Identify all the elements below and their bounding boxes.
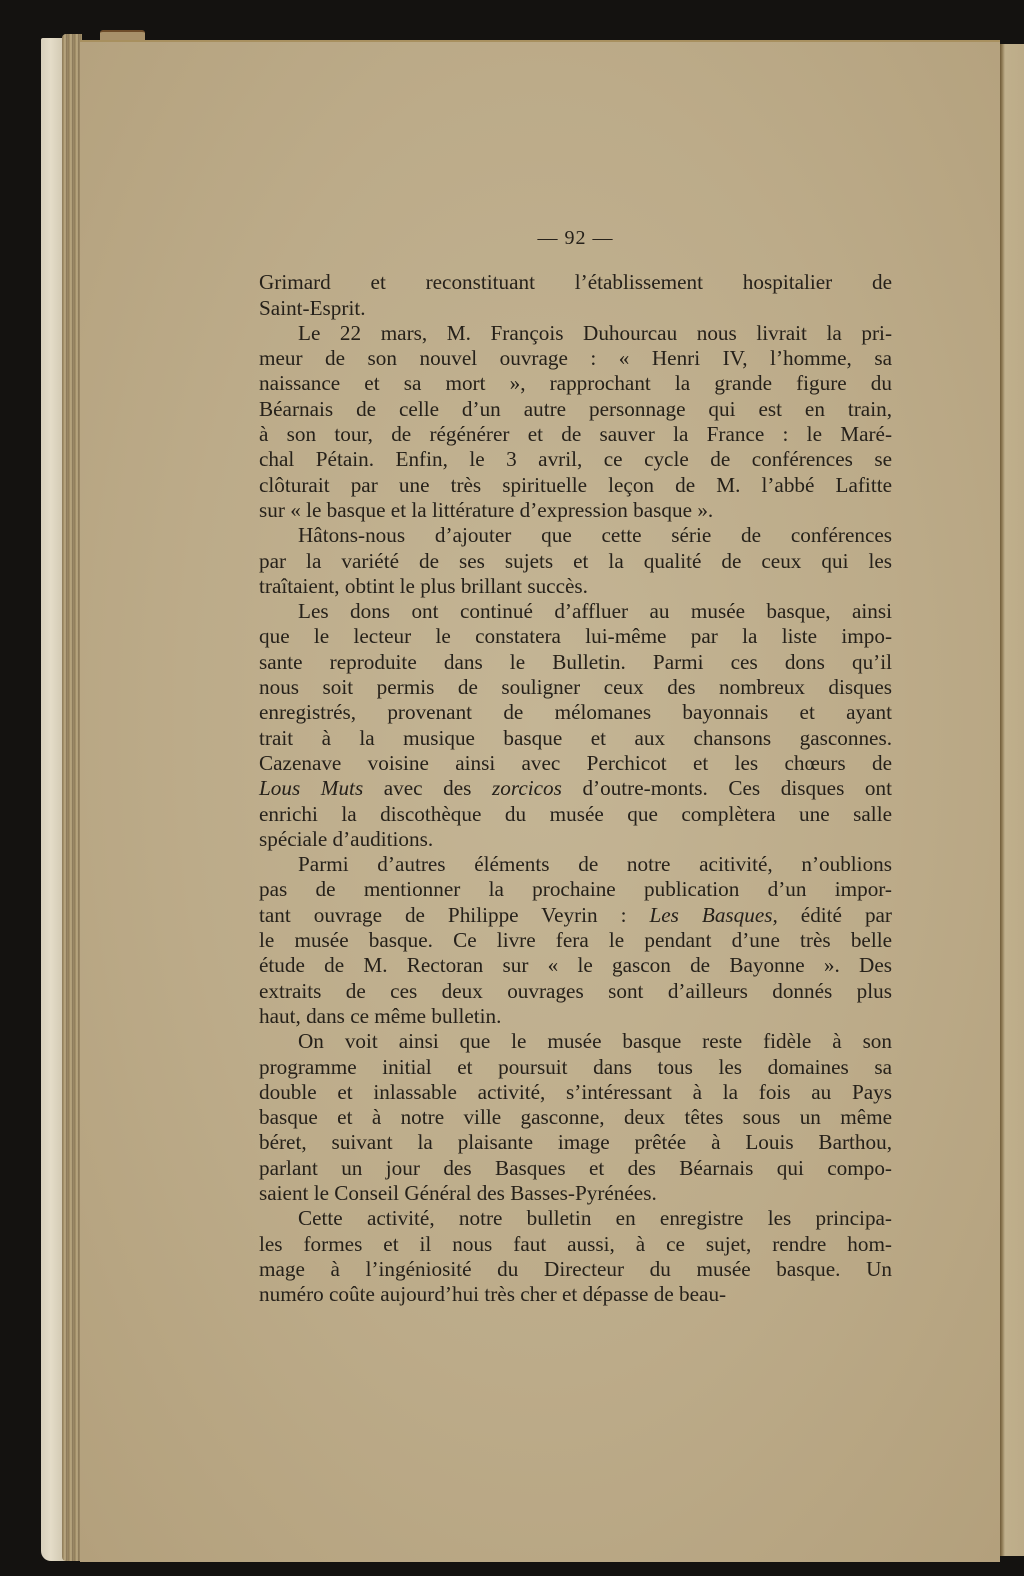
text-line: Hâtons-nous d’ajouter que cette série de… (259, 523, 892, 548)
text-line: meur de son nouvel ouvrage : « Henri IV,… (259, 346, 892, 371)
text-line: programme initial et poursuit dans tous … (259, 1055, 892, 1080)
text-line: trait à la musique basque et aux chanson… (259, 726, 892, 751)
text-line: par la variété de ses sujets et la quali… (259, 549, 892, 574)
text-line: On voit ainsi que le musée basque reste … (259, 1029, 892, 1054)
paragraphs-container: Grimard et reconstituant l’établissement… (259, 270, 892, 1307)
text-line: le musée basque. Ce livre fera le pendan… (259, 928, 892, 953)
text-line: saient le Conseil Général des Basses-Pyr… (259, 1181, 892, 1206)
text-line: naissance et sa mort », rapprochant la g… (259, 371, 892, 396)
text-line: haut, dans ce même bulletin. (259, 1004, 892, 1029)
text-line: traîtaient, obtint le plus brillant succ… (259, 574, 892, 599)
text-line: enregistrés, provenant de mélomanes bayo… (259, 700, 892, 725)
text-line: chal Pétain. Enfin, le 3 avril, ce cycle… (259, 447, 892, 472)
text-line: Cazenave voisine ainsi avec Perchicot et… (259, 751, 892, 776)
text-line: Lous Muts avec des zorcicos d’outre-mont… (259, 776, 892, 801)
text-line: les formes et il nous faut aussi, à ce s… (259, 1232, 892, 1257)
text-line: spéciale d’auditions. (259, 827, 892, 852)
paragraph: Cette activité, notre bulletin en enregi… (259, 1206, 892, 1307)
text-line: clôturait par une très spirituelle leçon… (259, 473, 892, 498)
paragraph: Les dons ont continué d’affluer au musée… (259, 599, 892, 852)
text-line: que le lecteur le constatera lui-même pa… (259, 624, 892, 649)
paragraph: Le 22 mars, M. François Duhourcau nous l… (259, 321, 892, 523)
text-line: sur « le basque et la littérature d’expr… (259, 498, 892, 523)
text-line: tant ouvrage de Philippe Veyrin : Les Ba… (259, 903, 892, 928)
text-line: pas de mentionner la prochaine publicati… (259, 877, 892, 902)
text-line: Grimard et reconstituant l’établissement… (259, 270, 892, 295)
text-line: Le 22 mars, M. François Duhourcau nous l… (259, 321, 892, 346)
text-line: basque et à notre ville gasconne, deux t… (259, 1105, 892, 1130)
text-line: Béarnais de celle d’un autre personnage … (259, 397, 892, 422)
text-line: étude de M. Rectoran sur « le gascon de … (259, 953, 892, 978)
page-text-block: — 92 — Grimard et reconstituant l’établi… (259, 226, 892, 1307)
paragraph: Parmi d’autres éléments de notre acitivi… (259, 852, 892, 1029)
next-page-edge (1000, 44, 1024, 1556)
text-line: numéro coûte aujourd’hui très cher et dé… (259, 1282, 892, 1307)
text-line: Parmi d’autres éléments de notre acitivi… (259, 852, 892, 877)
page-tab-tear (100, 30, 145, 40)
text-line: nous soit permis de souligner ceux des n… (259, 675, 892, 700)
paragraph: Grimard et reconstituant l’établissement… (259, 270, 892, 321)
text-line: à son tour, de régénérer et de sauver la… (259, 422, 892, 447)
italic-title: Les Basques, (649, 903, 777, 927)
text-line: double et inlassable activité, s’intéres… (259, 1080, 892, 1105)
text-line: parlant un jour des Basques et des Béarn… (259, 1156, 892, 1181)
italic-title: Lous Muts (259, 776, 363, 800)
text-line: Cette activité, notre bulletin en enregi… (259, 1206, 892, 1231)
book-spine-page-edges (62, 34, 82, 1561)
paragraph: Hâtons-nous d’ajouter que cette série de… (259, 523, 892, 599)
text-line: enrichi la discothèque du musée que comp… (259, 802, 892, 827)
text-line: Les dons ont continué d’affluer au musée… (259, 599, 892, 624)
text-line: béret, suivant la plaisante image prêtée… (259, 1130, 892, 1155)
paragraph: On voit ainsi que le musée basque reste … (259, 1029, 892, 1206)
text-line: mage à l’ingéniosité du Directeur du mus… (259, 1257, 892, 1282)
italic-title: zorcicos (492, 776, 562, 800)
text-line: extraits de ces deux ouvrages sont d’ail… (259, 979, 892, 1004)
page-number: — 92 — (259, 226, 892, 251)
text-line: Saint-Esprit. (259, 296, 892, 321)
text-line: sante reproduite dans le Bulletin. Parmi… (259, 650, 892, 675)
